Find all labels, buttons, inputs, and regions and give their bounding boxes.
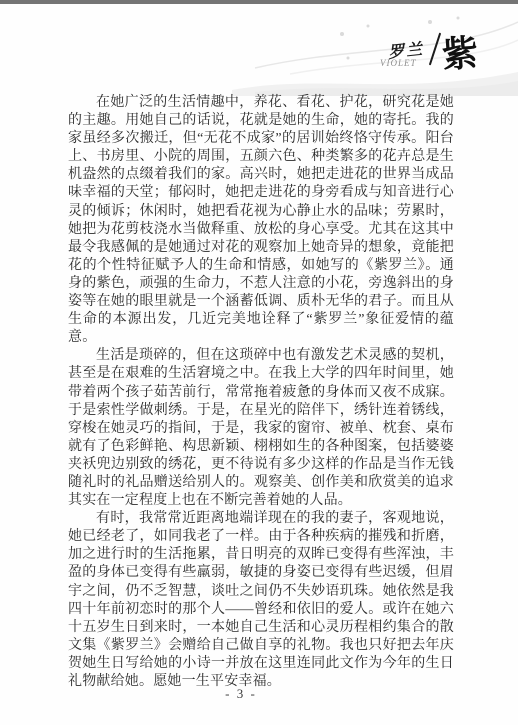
paragraph: 在她广泛的生活情趣中，养花、看花、护花，研究花是她的主趣。用她自己的话说，花就是… — [68, 94, 454, 347]
paragraph: 有时，我常常近距离地端详现在的我的妻子，客观地说，她已经老了，如同我老了一样。由… — [68, 510, 454, 691]
page-number: - 3 - — [0, 686, 482, 702]
document-page: 罗兰 紫 VIOLET 在她广泛的生活情趣中，养花、看花、护花，研究花是她的主趣… — [0, 0, 518, 725]
brush-slash-icon — [429, 33, 441, 66]
page-header: 罗兰 紫 VIOLET — [0, 4, 518, 96]
brand-logo: 罗兰 紫 VIOLET — [374, 30, 484, 82]
article-body: 在她广泛的生活情趣中，养花、看花、护花，研究花是她的主趣。用她自己的话说，花就是… — [68, 94, 454, 691]
logo-latin-text: VIOLET — [380, 58, 417, 68]
paragraph: 生活是琐碎的，但在这琐碎中也有激发艺术灵感的契机，甚至是在艰难的生活窘境之中。在… — [68, 347, 454, 510]
logo-cn-large-text: 紫 — [440, 25, 479, 78]
